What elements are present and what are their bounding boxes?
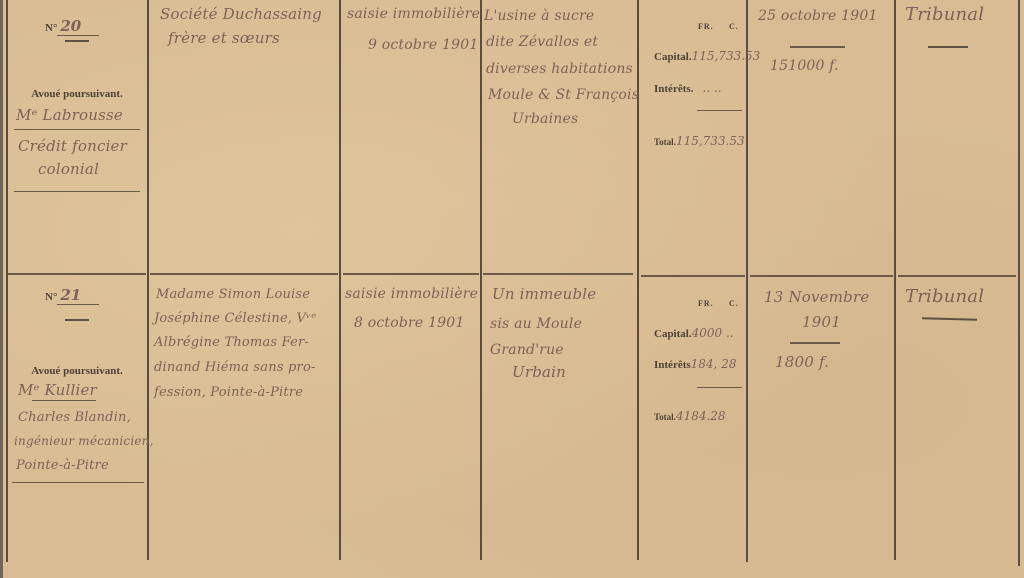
short-rule <box>65 319 89 321</box>
avoue-rule <box>32 400 96 401</box>
row-separator <box>8 273 146 275</box>
avoue-name: Mᵉ Labrousse <box>16 103 123 128</box>
total-rule <box>697 387 742 388</box>
entry-number: 21 <box>57 286 99 305</box>
row-separator <box>898 275 1016 277</box>
entry-number-label: N°20 <box>45 17 99 35</box>
capital-value: 4000 .. <box>692 326 734 340</box>
right-border <box>1018 0 1020 566</box>
interets-label: Intérêts. <box>654 83 693 95</box>
short-rule <box>65 40 89 42</box>
parties-line-1: Société Duchassaing <box>160 2 322 27</box>
avoue-rule <box>14 129 140 130</box>
procedure-line-1: saisie immobilière <box>345 282 478 307</box>
capital-row: Capital.115,733.53 <box>654 45 760 64</box>
row-separator <box>483 273 633 275</box>
money-header-fr: FR. <box>698 22 714 31</box>
interets-value: .. .. <box>703 81 722 95</box>
creditor-line-2: colonial <box>38 157 99 182</box>
interets-row: Intérêts. .. .. <box>654 77 722 96</box>
adjudication-date: 25 octobre 1901 <box>758 4 878 29</box>
avoue-label: Avoué poursuivant. <box>8 365 146 377</box>
money-header-fr: FR. <box>698 299 714 308</box>
row-separator <box>343 273 479 275</box>
creditor-rule <box>14 191 140 192</box>
creditor-line-3: Pointe-à-Pitre <box>16 453 109 478</box>
adjudication-price: 1800 f. <box>775 350 829 375</box>
total-row: Total.4184.28 <box>654 405 726 424</box>
creditor-line-2: ingénieur mécanicien, <box>14 429 154 454</box>
row-separator <box>150 273 338 275</box>
adjudication-rule <box>790 342 840 344</box>
adjudication-year: 1901 <box>802 310 841 335</box>
parties-line-3: Albrégine Thomas Fer- <box>154 330 309 355</box>
capital-label: Capital. <box>654 51 692 63</box>
avoue-label: Avoué poursuivant. <box>8 88 146 100</box>
total-label: Total. <box>654 412 676 422</box>
interets-label: Intérêts <box>654 359 691 371</box>
procedure-line-2: 9 octobre 1901 <box>368 33 479 58</box>
entry-number-label: N°21 <box>45 286 99 304</box>
creditor-line-1: Crédit foncier <box>18 134 127 159</box>
register-page: N°20 Avoué poursuivant. Mᵉ Labrousse Cré… <box>0 0 1024 578</box>
adjudication-rule <box>790 46 845 48</box>
column-divider <box>480 0 482 560</box>
capital-label: Capital. <box>654 328 692 340</box>
parties-line-5: fession, Pointe-à-Pitre <box>154 380 303 405</box>
property-line-3: diverses habitations <box>486 57 633 82</box>
property-line-2: sis au Moule <box>490 312 582 337</box>
interets-row: Intérêts184, 28 <box>654 353 736 372</box>
parties-line-2: Joséphine Célestine, Vᵛᵉ <box>154 306 316 331</box>
total-row: Total.115,733.53 <box>654 130 745 149</box>
procedure-line-1: saisie immobilière <box>347 2 480 27</box>
property-line-4: Moule & St François <box>488 83 639 108</box>
row-separator <box>641 275 745 277</box>
left-border-outer <box>0 0 3 578</box>
jurisdiction: Tribunal <box>905 284 984 309</box>
property-line-4: Urbain <box>512 360 566 385</box>
parties-line-1: Madame Simon Louise <box>156 282 310 307</box>
total-value: 115,733.53 <box>676 134 745 148</box>
jurisdiction-rule <box>922 317 977 320</box>
property-line-2: dite Zévallos et <box>486 30 598 55</box>
adjudication-date: 13 Novembre <box>764 285 869 310</box>
procedure-line-2: 8 octobre 1901 <box>354 311 465 336</box>
total-rule <box>697 110 742 111</box>
property-line-5: Urbaines <box>512 107 578 132</box>
parties-line-2: frère et sœurs <box>168 26 280 51</box>
capital-value: 115,733.53 <box>692 49 761 63</box>
property-line-1: Un immeuble <box>492 282 596 307</box>
capital-row: Capital.4000 .. <box>654 322 734 341</box>
column-divider <box>746 0 748 562</box>
column-divider <box>894 0 896 560</box>
total-label: Total. <box>654 137 676 147</box>
total-value: 4184.28 <box>676 409 726 423</box>
jurisdiction: Tribunal <box>905 2 984 27</box>
interets-value: 184, 28 <box>691 357 737 371</box>
row-separator <box>750 275 893 277</box>
creditor-rule <box>12 482 144 483</box>
jurisdiction-rule <box>928 46 968 48</box>
property-line-1: L'usine à sucre <box>484 4 594 29</box>
money-header-c: C. <box>729 299 739 308</box>
creditor-line-1: Charles Blandin, <box>18 405 131 430</box>
column-divider <box>339 0 341 560</box>
column-divider <box>147 0 149 560</box>
left-border-inner <box>6 0 8 562</box>
parties-line-4: dinand Hiéma sans pro- <box>154 355 316 380</box>
entry-number: 20 <box>57 17 99 36</box>
adjudication-price: 151000 f. <box>770 54 839 79</box>
money-header-c: C. <box>729 22 739 31</box>
